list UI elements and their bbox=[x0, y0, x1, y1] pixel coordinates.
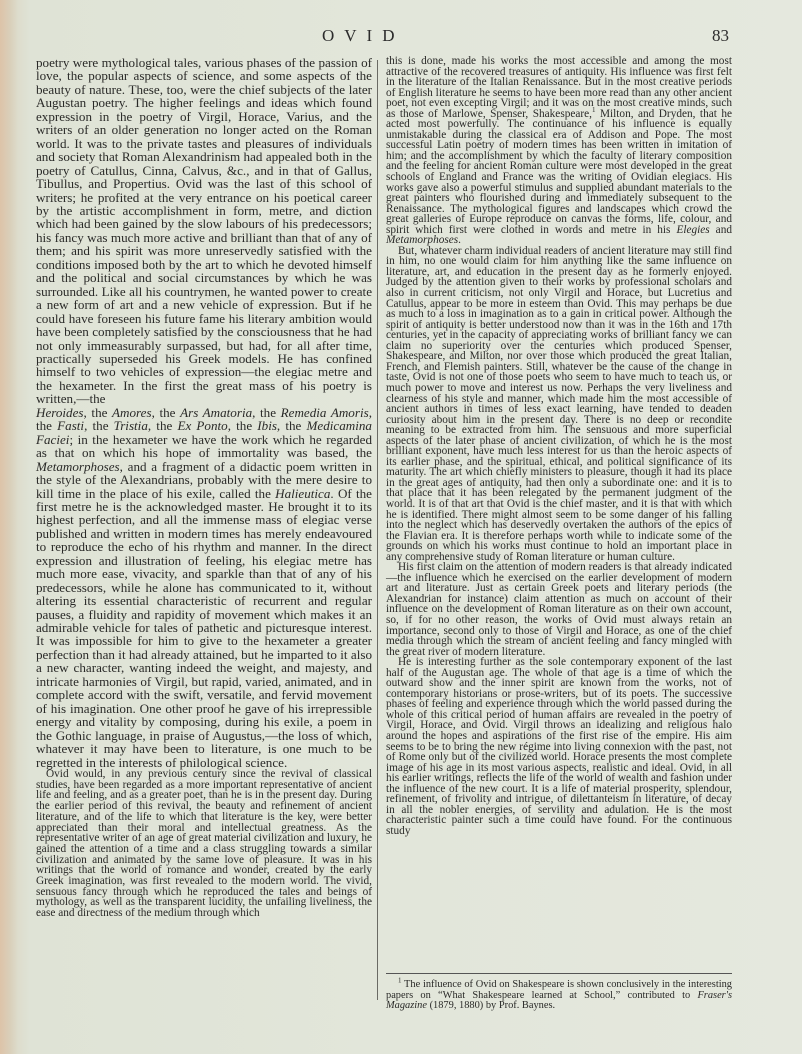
work-title: Elegies bbox=[676, 224, 709, 236]
text-run: The influence of Ovid on Shakespeare is … bbox=[386, 979, 732, 1001]
paragraph: His first claim on the attention of mode… bbox=[386, 562, 732, 657]
text-run: and bbox=[710, 224, 732, 236]
footnote: 1 The influence of Ovid on Shakespeare i… bbox=[386, 980, 732, 1012]
text-run: . Of the first metre he is the acknowled… bbox=[36, 486, 372, 770]
column-divider bbox=[377, 60, 378, 1000]
paragraph: He is interesting further as the sole co… bbox=[386, 657, 732, 836]
footnote-divider bbox=[386, 973, 732, 974]
page-number: 83 bbox=[712, 26, 729, 46]
paragraph-works-list: Heroides, the Amores, the Ars Amatoria, … bbox=[36, 406, 372, 769]
right-column: this is done, made his works the most ac… bbox=[386, 56, 732, 836]
paragraph: this is done, made his works the most ac… bbox=[386, 56, 732, 246]
paragraph: Ovid would, in any previous century sinc… bbox=[36, 769, 372, 919]
paragraph: poetry were mythological tales, various … bbox=[36, 56, 372, 406]
text-run: ; in the hexameter we have the work whic… bbox=[36, 432, 372, 460]
page-header: OVID 83 bbox=[0, 26, 802, 50]
paragraph: But, whatever charm individual readers o… bbox=[386, 246, 732, 562]
running-title: OVID bbox=[322, 26, 405, 46]
left-column: poetry were mythological tales, various … bbox=[36, 56, 372, 919]
text-run: (1879, 1880) by Prof. Baynes. bbox=[427, 1000, 555, 1011]
text-run: Milton, and Dryden, that he acted most p… bbox=[386, 108, 732, 236]
page-gutter-shadow bbox=[0, 0, 18, 1054]
